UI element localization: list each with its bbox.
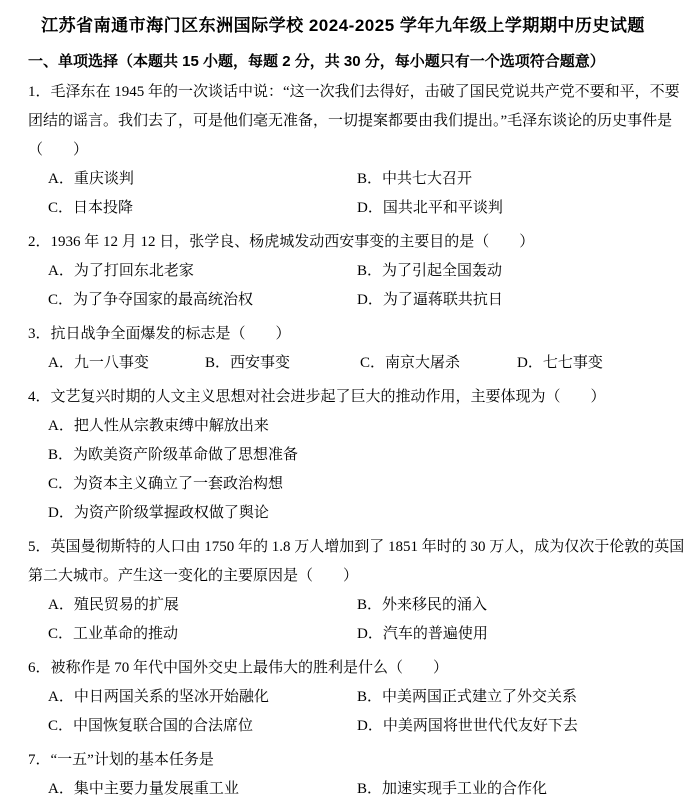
question-6-text: 被称作是 70 年代中国外交史上最伟大的胜利是什么（ ）	[51, 660, 449, 676]
question-2-number: 2．	[28, 234, 51, 250]
question-7-stem-line-1: 7．“一五”计划的基本任务是	[28, 746, 658, 775]
question-4-options: A．把人性从宗教束缚中解放出来 B．为欧美资产阶级革命做了思想准备 C．为资本主…	[28, 412, 658, 528]
question-1-stem-line-1: 1．毛泽东在 1945 年的一次谈话中说：“这一次我们去得好，击破了国民党说共产…	[28, 78, 658, 107]
question-6: 6．被称作是 70 年代中国外交史上最伟大的胜利是什么（ ） A．中日两国关系的…	[28, 654, 658, 741]
question-2: 2．1936 年 12 月 12 日，张学良、杨虎城发动西安事变的主要目的是（ …	[28, 228, 658, 315]
question-4: 4．文艺复兴时期的人文主义思想对社会进步起了巨大的推动作用，主要体现为（ ） A…	[28, 383, 658, 528]
question-7-number: 7．	[28, 752, 51, 768]
question-1-answer-blank: （ ）	[28, 136, 658, 165]
exam-title: 江苏省南通市海门区东洲国际学校 2024-2025 学年九年级上学期期中历史试题	[28, 14, 658, 38]
question-5-option-a: A．殖民贸易的扩展	[48, 591, 357, 620]
question-4-stem-line-1: 4．文艺复兴时期的人文主义思想对社会进步起了巨大的推动作用，主要体现为（ ）	[28, 383, 658, 412]
question-5-options: A．殖民贸易的扩展 B．外来移民的涌入 C．工业革命的推动 D．汽车的普遍使用	[28, 591, 658, 649]
question-6-stem-line-1: 6．被称作是 70 年代中国外交史上最伟大的胜利是什么（ ）	[28, 654, 658, 683]
question-6-number: 6．	[28, 660, 51, 676]
question-1-stem-line-2: 团结的谣言。我们去了，可是他们毫无准备，一切提案都要由我们提出。”毛泽东谈论的历…	[28, 107, 658, 136]
question-4-number: 4．	[28, 389, 51, 405]
question-2-option-d: D．为了逼蒋联共抗日	[357, 286, 658, 315]
question-7-options: A．集中主要力量发展重工业 B．加速实现手工业的合作化	[28, 775, 658, 804]
question-1: 1．毛泽东在 1945 年的一次谈话中说：“这一次我们去得好，击破了国民党说共产…	[28, 78, 658, 223]
question-3-option-d: D．七七事变	[517, 349, 658, 378]
question-1-option-d: D．国共北平和平谈判	[357, 194, 658, 223]
question-5-option-c: C．工业革命的推动	[48, 620, 357, 649]
question-3-stem-line-1: 3．抗日战争全面爆发的标志是（ ）	[28, 320, 658, 349]
question-4-option-a: A．把人性从宗教束缚中解放出来	[48, 412, 658, 441]
question-6-option-c: C．中国恢复联合国的合法席位	[48, 712, 357, 741]
question-2-option-c: C．为了争夺国家的最高统治权	[48, 286, 357, 315]
question-7: 7．“一五”计划的基本任务是 A．集中主要力量发展重工业 B．加速实现手工业的合…	[28, 746, 658, 804]
question-5-stem-line-1: 5．英国曼彻斯特的人口由 1750 年的 1.8 万人增加到了 1851 年时的…	[28, 533, 658, 562]
question-5-number: 5．	[28, 539, 51, 555]
question-2-option-b: B．为了引起全国轰动	[357, 257, 658, 286]
question-1-text: 毛泽东在 1945 年的一次谈话中说：“这一次我们去得好，击破了国民党说共产党不…	[51, 84, 680, 100]
question-5-option-b: B．外来移民的涌入	[357, 591, 658, 620]
question-2-option-a: A．为了打回东北老家	[48, 257, 357, 286]
question-4-option-d: D．为资产阶级掌握政权做了舆论	[48, 499, 658, 528]
question-3-options: A．九一八事变 B．西安事变 C．南京大屠杀 D．七七事变	[28, 349, 658, 378]
question-5: 5．英国曼彻斯特的人口由 1750 年的 1.8 万人增加到了 1851 年时的…	[28, 533, 658, 649]
question-1-option-b: B．中共七大召开	[357, 165, 658, 194]
question-7-text: “一五”计划的基本任务是	[51, 752, 214, 768]
question-1-options: A．重庆谈判 B．中共七大召开 C．日本投降 D．国共北平和平谈判	[28, 165, 658, 223]
question-4-option-c: C．为资本主义确立了一套政治构想	[48, 470, 658, 499]
question-2-options: A．为了打回东北老家 B．为了引起全国轰动 C．为了争夺国家的最高统治权 D．为…	[28, 257, 658, 315]
question-2-text: 1936 年 12 月 12 日，张学良、杨虎城发动西安事变的主要目的是（ ）	[51, 234, 535, 250]
question-5-text: 英国曼彻斯特的人口由 1750 年的 1.8 万人增加到了 1851 年时的 3…	[51, 539, 685, 555]
exam-document: 江苏省南通市海门区东洲国际学校 2024-2025 学年九年级上学期期中历史试题…	[0, 0, 686, 806]
question-1-number: 1．	[28, 84, 51, 100]
question-1-option-a: A．重庆谈判	[48, 165, 357, 194]
question-6-option-d: D．中美两国将世世代代友好下去	[357, 712, 658, 741]
question-3-number: 3．	[28, 326, 51, 342]
question-3-option-c: C．南京大屠杀	[360, 349, 517, 378]
question-3: 3．抗日战争全面爆发的标志是（ ） A．九一八事变 B．西安事变 C．南京大屠杀…	[28, 320, 658, 378]
question-1-option-c: C．日本投降	[48, 194, 357, 223]
question-7-option-b: B．加速实现手工业的合作化	[357, 775, 658, 804]
question-5-option-d: D．汽车的普遍使用	[357, 620, 658, 649]
question-4-option-b: B．为欧美资产阶级革命做了思想准备	[48, 441, 658, 470]
question-4-text: 文艺复兴时期的人文主义思想对社会进步起了巨大的推动作用，主要体现为（ ）	[51, 389, 606, 405]
question-2-stem-line-1: 2．1936 年 12 月 12 日，张学良、杨虎城发动西安事变的主要目的是（ …	[28, 228, 658, 257]
question-5-stem-line-2: 第二大城市。产生这一变化的主要原因是（ ）	[28, 562, 658, 591]
question-6-options: A．中日两国关系的坚冰开始融化 B．中美两国正式建立了外交关系 C．中国恢复联合…	[28, 683, 658, 741]
question-3-option-b: B．西安事变	[205, 349, 360, 378]
question-7-option-a: A．集中主要力量发展重工业	[48, 775, 357, 804]
question-6-option-a: A．中日两国关系的坚冰开始融化	[48, 683, 357, 712]
question-3-option-a: A．九一八事变	[48, 349, 205, 378]
section-heading: 一、单项选择（本题共 15 小题，每题 2 分，共 30 分，每小题只有一个选项…	[28, 51, 658, 73]
question-6-option-b: B．中美两国正式建立了外交关系	[357, 683, 658, 712]
question-3-text: 抗日战争全面爆发的标志是（ ）	[51, 326, 291, 342]
